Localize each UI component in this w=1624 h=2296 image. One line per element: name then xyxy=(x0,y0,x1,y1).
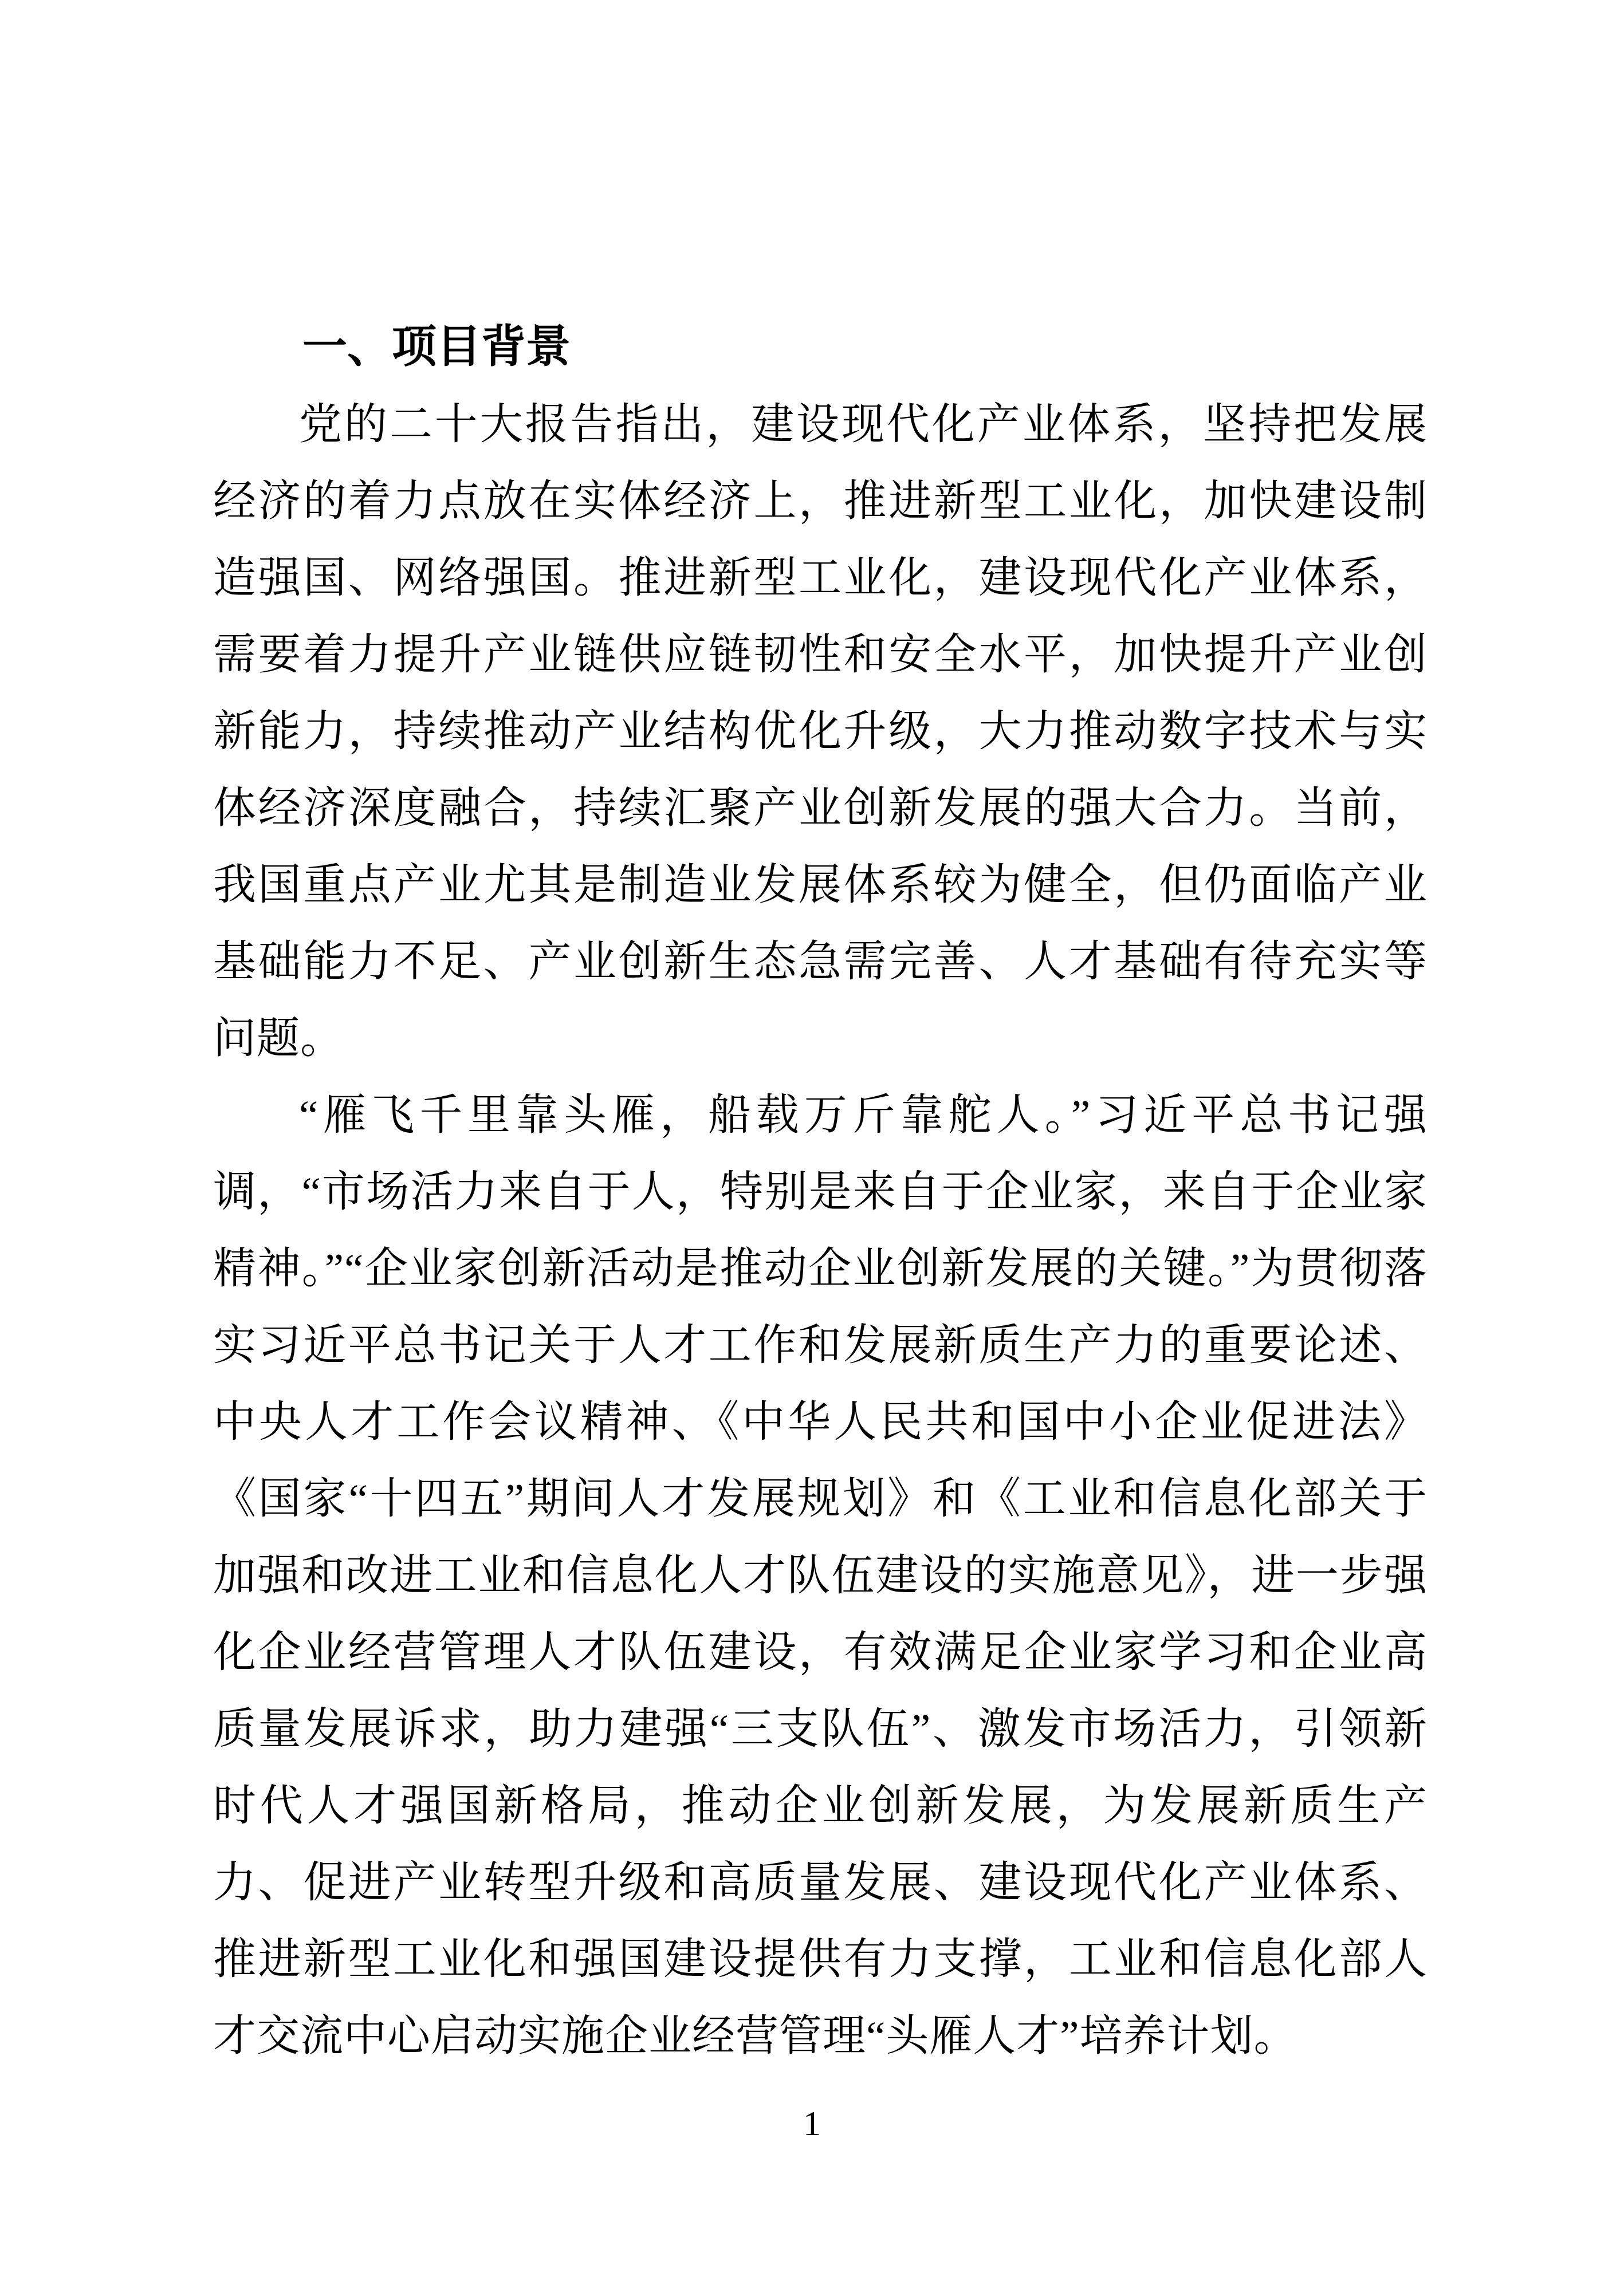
paragraph-project-background-1: 党的二十大报告指出，建设现代化产业体系，坚持把发展经济的着力点放在实体经济上，推… xyxy=(213,387,1428,1077)
document-body: 一、项目背景 党的二十大报告指出，建设现代化产业体系，坚持把发展经济的着力点放在… xyxy=(213,306,1428,2075)
section-heading: 一、项目背景 xyxy=(213,306,1428,387)
paragraph-project-background-2: “雁飞千里靠头雁，船载万斤靠舵人。”习近平总书记强调，“市场活力来自于人，特别是… xyxy=(213,1077,1428,2075)
document-page: 一、项目背景 党的二十大报告指出，建设现代化产业体系，坚持把发展经济的着力点放在… xyxy=(0,0,1624,2296)
page-number: 1 xyxy=(0,2101,1624,2147)
